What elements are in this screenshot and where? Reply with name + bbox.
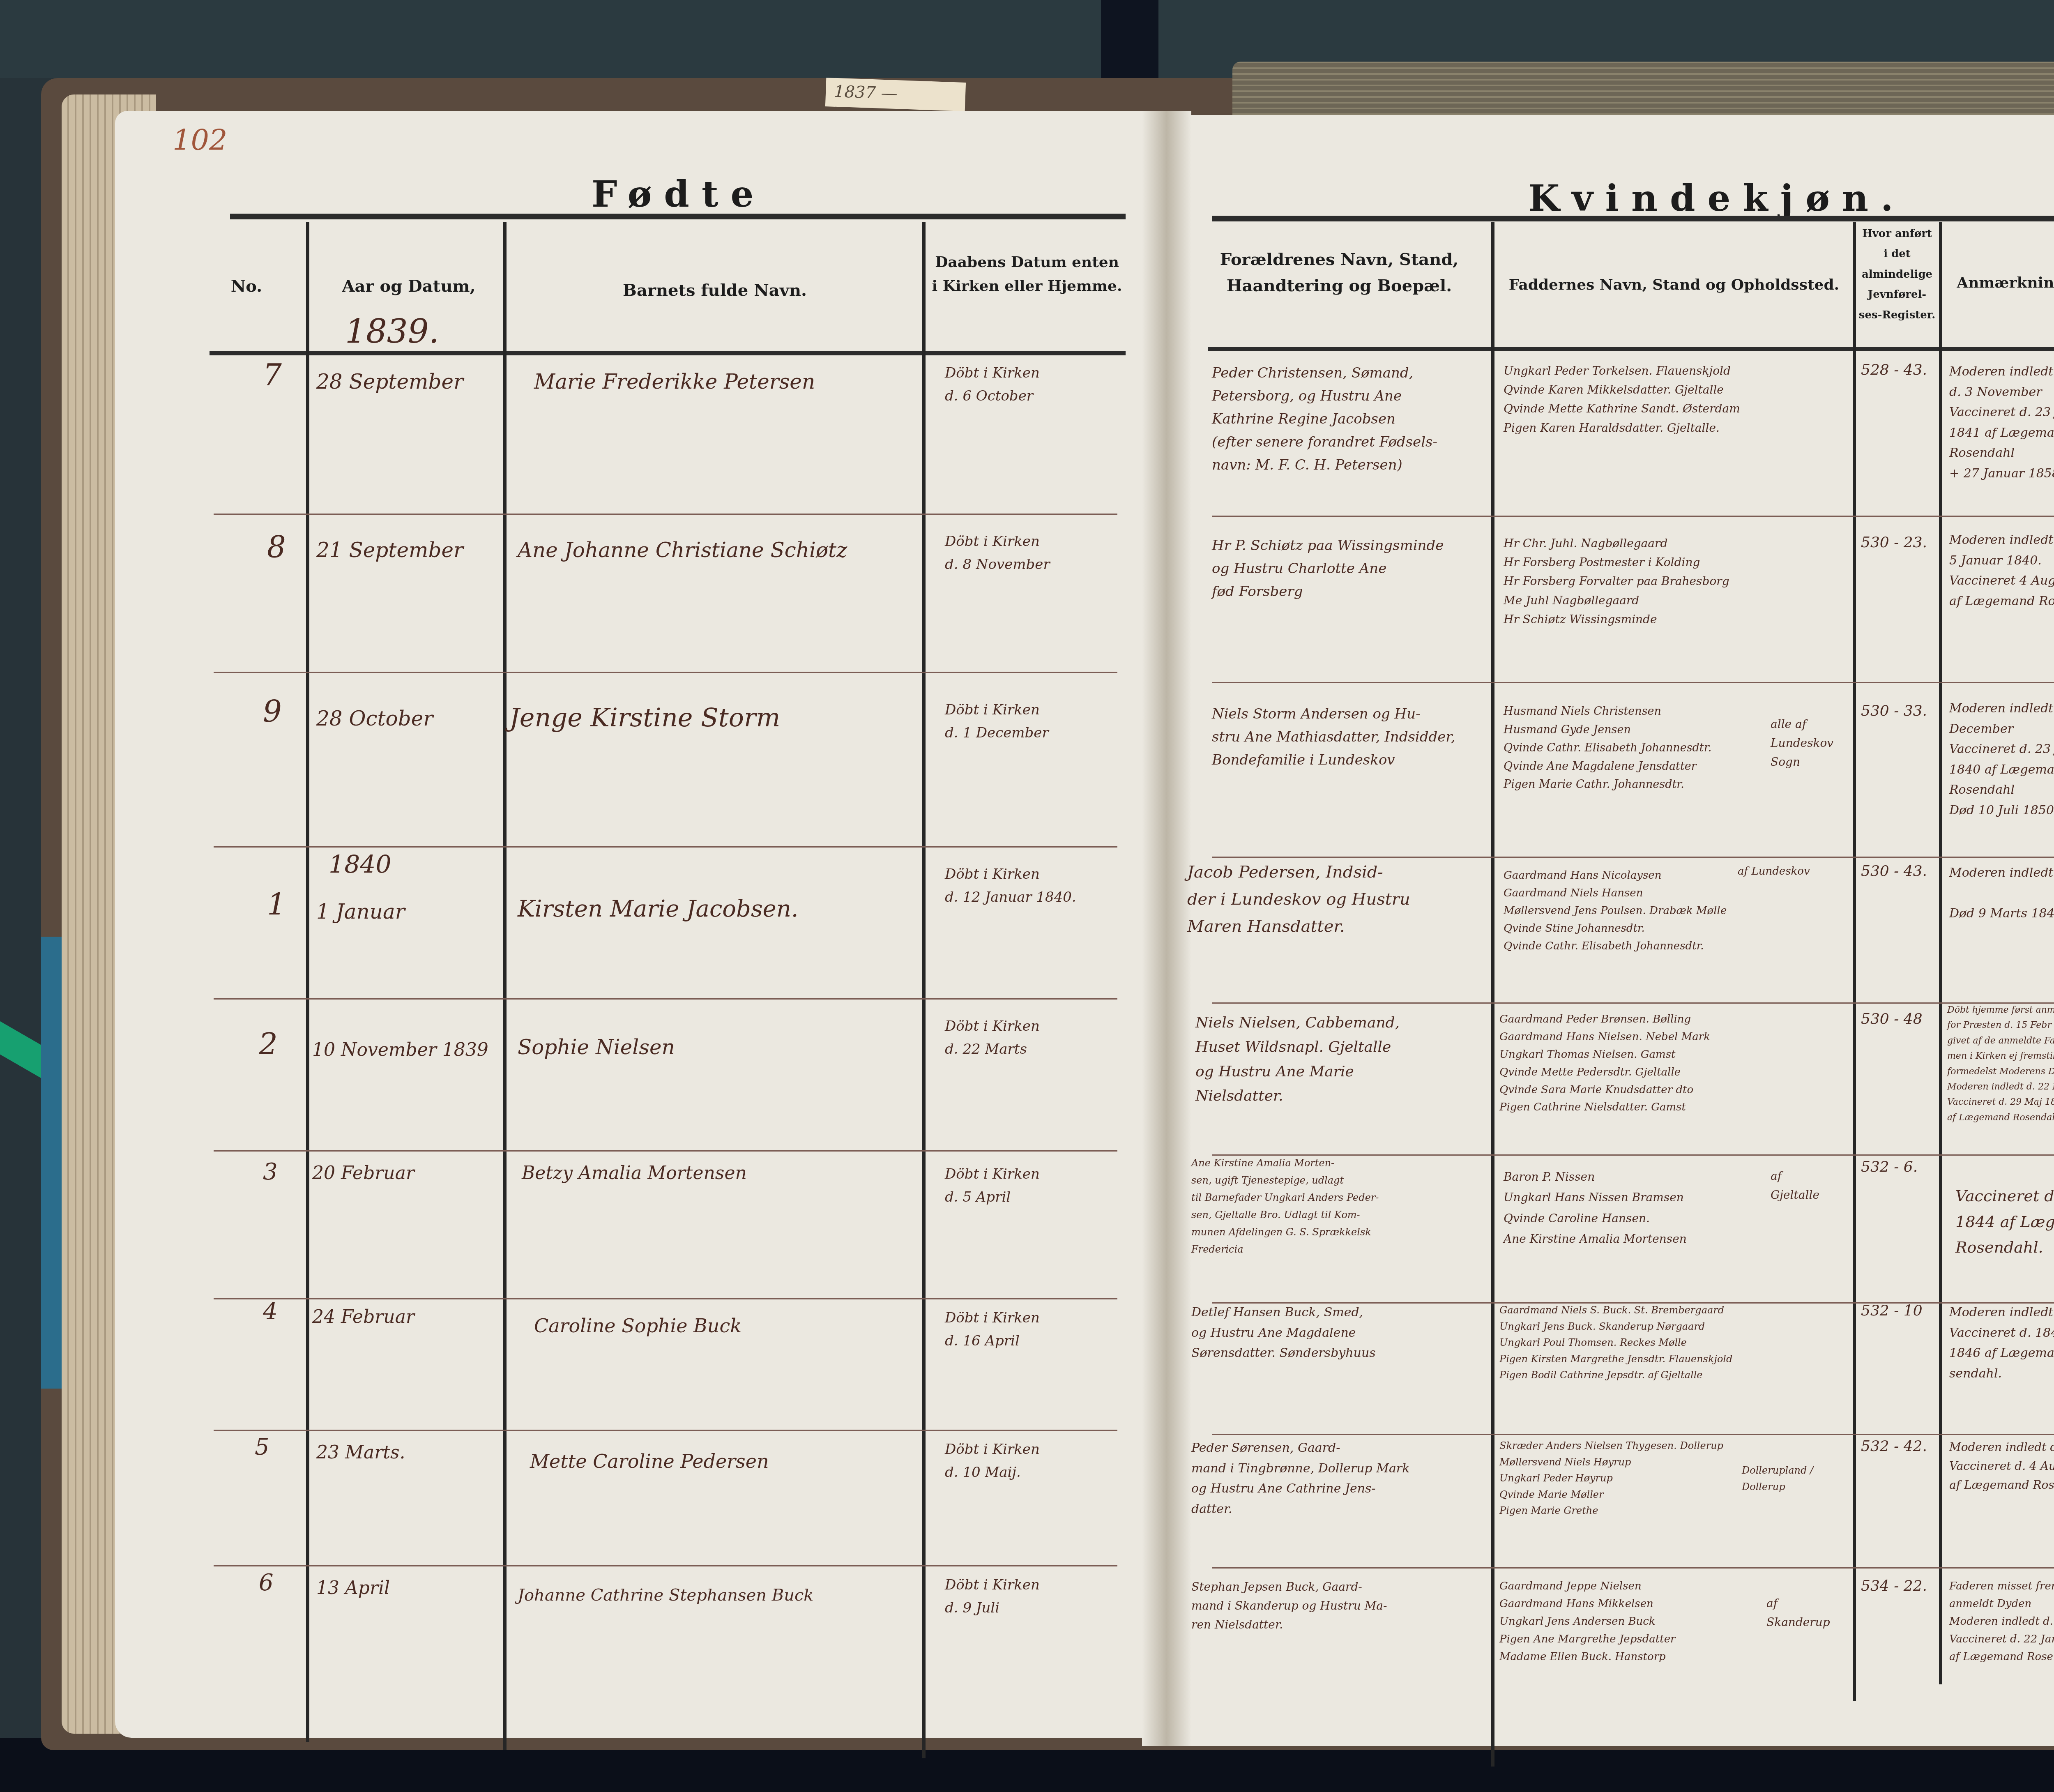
- column-divider: [306, 222, 309, 1742]
- row-rule: [214, 1150, 1117, 1152]
- entry-sponsors: Husmand Niels Christensen Husmand Gyde J…: [1504, 703, 1711, 794]
- header-register-line1: Hvor anført: [1856, 224, 1938, 244]
- entry-date: 28 September: [316, 370, 463, 394]
- column-divider: [1853, 222, 1856, 1701]
- entry-baptism: Döbt i Kirken d. 9 Juli: [945, 1573, 1040, 1619]
- entry-remarks: Moderen indledt d. 5 April Vaccineret d.…: [1949, 1302, 2054, 1384]
- left-page-title: Fødte: [592, 173, 766, 215]
- right-header-top-rule: [1212, 216, 2054, 221]
- header-parents-line2: Haandtering og Boepæl.: [1191, 273, 1487, 299]
- entry-sponsors-note: af Skanderup: [1766, 1594, 1836, 1632]
- entry-remarks: Vaccineret d. 29 Maj 1844 af Lægemand Ro…: [1955, 1183, 2054, 1260]
- entry-parents: Jacob Pedersen, Indsid- der i Lundeskov …: [1187, 859, 1410, 940]
- entry-number: 4: [263, 1298, 278, 1325]
- header-parents: Forældrenes Navn, Stand, Haandtering og …: [1191, 246, 1487, 299]
- row-rule: [1212, 682, 2054, 683]
- entry-register: 532 - 10: [1861, 1302, 1923, 1319]
- spine-tab-label: 1837 —: [825, 78, 966, 111]
- header-register-line4: Jevnførel-: [1856, 285, 1938, 305]
- left-page-number: 102: [173, 123, 228, 157]
- entry-register: 532 - 6.: [1861, 1159, 1918, 1175]
- entry-register: 530 - 33.: [1861, 703, 1927, 719]
- entry-remarks: Moderen indledt 2 Februar Død 9 Marts 18…: [1949, 863, 2054, 924]
- entry-sponsors: Baron P. Nissen Ungkarl Hans Nissen Bram…: [1504, 1167, 1687, 1250]
- entry-parents: Stephan Jepsen Buck, Gaard- mand i Skand…: [1191, 1578, 1387, 1635]
- book-gutter: [1142, 111, 1191, 1746]
- entry-date: 10 November 1839: [312, 1039, 488, 1060]
- entry-parents: Hr P. Schiøtz paa Wissingsminde og Hustr…: [1212, 534, 1444, 603]
- row-rule: [214, 672, 1117, 673]
- entry-parents: Niels Storm Andersen og Hu- stru Ane Mat…: [1212, 703, 1455, 772]
- page-edges-top: [1232, 62, 2054, 119]
- column-divider: [1491, 222, 1494, 1767]
- entry-child-name: Kirsten Marie Jacobsen.: [518, 896, 799, 922]
- entry-child-name: Johanne Cathrine Stephansen Buck: [518, 1586, 814, 1605]
- row-rule: [214, 846, 1117, 848]
- header-child-name: Barnets fulde Navn.: [518, 277, 912, 304]
- entry-baptism: Döbt i Kirken d. 22 Marts: [945, 1015, 1040, 1061]
- entry-baptism: Döbt i Kirken d. 6 October: [945, 362, 1040, 408]
- header-sponsors: Faddernes Navn, Stand og Opholdssted.: [1499, 273, 1849, 297]
- entry-remarks: Moderen indledt d. 1 December Vaccineret…: [1949, 698, 2054, 820]
- year-heading-1839: 1839.: [345, 312, 439, 350]
- entry-remarks: Faderen misset fremmødt anmeldt Dyden Mo…: [1949, 1578, 2054, 1665]
- row-rule: [214, 1298, 1117, 1299]
- entry-baptism: Döbt i Kirken d. 5 April: [945, 1163, 1040, 1209]
- entry-register: 532 - 42.: [1861, 1438, 1927, 1455]
- entry-number: 1: [267, 887, 286, 922]
- header-baptism-line1: Daabens Datum enten: [928, 251, 1126, 274]
- entry-sponsors: Hr Chr. Juhl. Nagbøllegaard Hr Forsberg …: [1504, 534, 1729, 629]
- entry-sponsors-note: alle af Lundeskov Sogn: [1771, 715, 1844, 772]
- entry-date: 1 Januar: [316, 900, 405, 924]
- column-divider: [1939, 222, 1942, 1684]
- left-header-top-rule: [230, 214, 1126, 219]
- entry-sponsors-note: af Gjeltalle: [1771, 1167, 1832, 1205]
- entry-number: 9: [263, 694, 282, 729]
- entry-child-name: Marie Frederikke Petersen: [534, 370, 815, 394]
- entry-child-name: Jenge Kirstine Storm: [509, 703, 780, 732]
- entry-parents: Detlef Hansen Buck, Smed, og Hustru Ane …: [1191, 1302, 1376, 1364]
- entry-child-name: Ane Johanne Christiane Schiøtz: [518, 538, 847, 562]
- header-register: Hvor anført i det almindelige Jevnførel-…: [1856, 224, 1938, 325]
- entry-sponsors: Gaardmand Jeppe Nielsen Gaardmand Hans M…: [1499, 1578, 1676, 1665]
- entry-child-name: Mette Caroline Pedersen: [530, 1450, 769, 1472]
- row-rule: [214, 1565, 1117, 1566]
- entry-sponsors: Gaardmand Peder Brønsen. Bølling Gaardma…: [1499, 1011, 1710, 1116]
- entry-sponsors-note: Dollerupland / Dollerup: [1742, 1463, 1849, 1495]
- row-rule: [214, 1430, 1117, 1431]
- entry-parents: Peder Sørensen, Gaard- mand i Tingbrønne…: [1191, 1438, 1409, 1519]
- header-remarks: Anmærkninger.: [1947, 271, 2054, 295]
- header-parents-line1: Forældrenes Navn, Stand,: [1191, 246, 1487, 273]
- entry-child-name: Betzy Amalia Mortensen: [522, 1163, 747, 1184]
- scanner-dark-strip: [1101, 0, 1158, 78]
- entry-child-name: Caroline Sophie Buck: [534, 1315, 741, 1337]
- entry-number: 7: [263, 357, 282, 392]
- entry-register: 530 - 23.: [1861, 534, 1927, 551]
- entry-register: 528 - 43.: [1861, 362, 1927, 378]
- entry-date: 21 September: [316, 538, 463, 562]
- header-baptism-line2: i Kirken eller Hjemme.: [928, 274, 1126, 298]
- entry-child-name: Sophie Nielsen: [518, 1035, 675, 1059]
- row-rule: [1212, 857, 2054, 858]
- entry-number: 5: [255, 1434, 269, 1460]
- column-divider: [503, 222, 507, 1750]
- entry-date: 28 October: [316, 707, 433, 730]
- entry-remarks: Moderen indledt d. 17 Maj Vaccineret d. …: [1949, 1438, 2054, 1495]
- row-rule: [1212, 1434, 2054, 1435]
- row-rule: [214, 514, 1117, 515]
- row-rule: [214, 998, 1117, 1000]
- header-no: No.: [205, 273, 288, 299]
- row-rule: [1212, 1567, 2054, 1569]
- entry-date: 13 April: [316, 1578, 390, 1599]
- entry-register: 534 - 22.: [1861, 1578, 1927, 1594]
- entry-sponsors-note: af Lundeskov: [1738, 863, 1810, 880]
- right-page-title: Kvindekjøn.: [1528, 177, 1906, 219]
- row-rule: [1212, 516, 2054, 517]
- header-year-date: Aar og Datum,: [316, 273, 501, 299]
- entry-date: 20 Februar: [312, 1163, 414, 1184]
- entry-parents: Ane Kirstine Amalia Morten- sen, ugift T…: [1191, 1154, 1379, 1258]
- entry-date: 24 Februar: [312, 1306, 414, 1327]
- entry-register: 530 - 48: [1861, 1011, 1923, 1027]
- entry-baptism: Döbt i Kirken d. 16 April: [945, 1306, 1040, 1352]
- entry-date: 23 Marts.: [316, 1442, 405, 1463]
- header-register-line5: ses-Register.: [1856, 305, 1938, 325]
- entry-parents: Peder Christensen, Sømand, Petersborg, o…: [1212, 362, 1437, 477]
- entry-sponsors: Gaardmand Hans Nicolaysen Gaardmand Niel…: [1504, 867, 1727, 955]
- row-rule: [1212, 1002, 2054, 1004]
- left-header-bottom-rule: [210, 351, 1126, 355]
- entry-baptism: Döbt i Kirken d. 12 Januar 1840.: [945, 863, 1076, 909]
- entry-number: 3: [263, 1159, 278, 1185]
- entry-baptism: Döbt i Kirken d. 8 November: [945, 530, 1050, 576]
- right-header-bottom-rule: [1208, 347, 2054, 351]
- header-baptism: Daabens Datum enten i Kirken eller Hjemm…: [928, 251, 1126, 298]
- entry-baptism: Döbt i Kirken d. 1 December: [945, 698, 1049, 744]
- entry-parents: Niels Nielsen, Cabbemand, Huset Wildsnap…: [1195, 1011, 1400, 1108]
- header-register-line2: i det: [1856, 244, 1938, 264]
- entry-number: 6: [259, 1569, 274, 1596]
- entry-register: 530 - 43.: [1861, 863, 1927, 880]
- entry-sponsors: Ungkarl Peder Torkelsen. Flauenskjold Qv…: [1504, 362, 1740, 438]
- year-heading-1840: 1840: [329, 850, 391, 879]
- entry-remarks: Moderen indledt 5 Januar 1840. Vaccinere…: [1949, 530, 2054, 611]
- entry-number: 8: [267, 530, 286, 564]
- header-register-line3: almindelige: [1856, 265, 1938, 285]
- column-divider: [922, 222, 926, 1758]
- entry-remarks: Döbt hjemme først anmeldt for Præsten d.…: [1947, 1002, 2054, 1125]
- entry-remarks: Moderen indledt d. 3 November Vaccineret…: [1949, 362, 2054, 484]
- entry-sponsors: Skræder Anders Nielsen Thygesen. Dolleru…: [1499, 1438, 1723, 1519]
- entry-baptism: Döbt i Kirken d. 10 Maij.: [945, 1438, 1040, 1484]
- entry-sponsors: Gaardmand Niels S. Buck. St. Brembergaar…: [1499, 1302, 1732, 1384]
- entry-number: 2: [259, 1027, 278, 1062]
